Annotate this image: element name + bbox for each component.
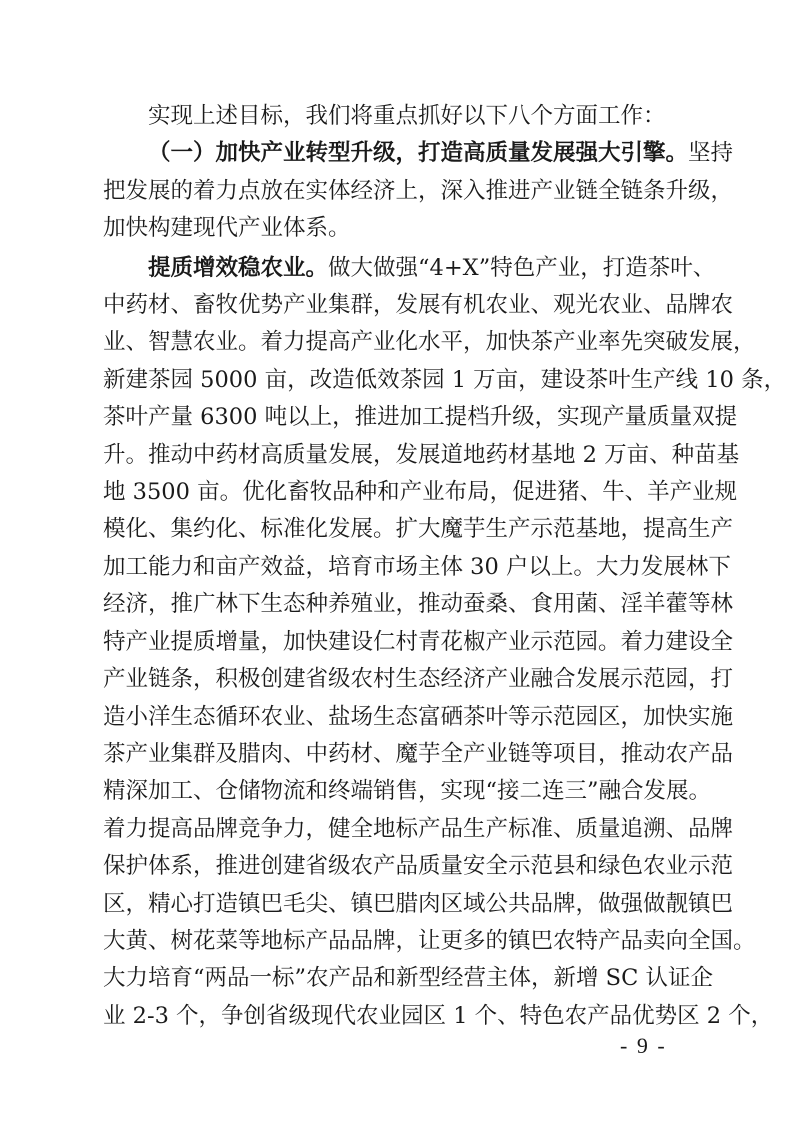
body-line: 精深加工、仓储物流和终端销售，实现“接二连三”融合发展。 — [103, 773, 703, 810]
body-line: 中药材、畜牧优势产业集群，发展有机农业、观光农业、品牌农 — [103, 287, 703, 324]
section1-text: 坚持 — [688, 140, 733, 166]
body-line: 加工能力和亩产效益，培育市场主体 30 户以上。大力发展林下 — [103, 549, 703, 586]
body-line: 模化、集约化、标准化发展。扩大魔芋生产示范基地，提高生产 — [103, 511, 703, 548]
body-line: 保护体系，推进创建省级农产品质量安全示范县和绿色农业示范 — [103, 848, 703, 885]
body-line: 升。推动中药材高质量发展，发展道地药材基地 2 万亩、种苗基 — [103, 437, 703, 474]
section2-text: 做大做强“4+X”特色产业，打造茶叶、 — [328, 255, 715, 281]
body-line: 茶叶产量 6300 吨以上，推进加工提档升级，实现产量质量双提 — [103, 399, 703, 436]
body-line: 业 2-3 个，争创省级现代农业园区 1 个、特色农产品优势区 2 个， — [103, 998, 703, 1035]
body-line: 把发展的着力点放在实体经济上，深入推进产业链全链条升级， — [103, 173, 703, 210]
section1-heading: （一）加快产业转型升级，打造高质量发展强大引擎。 — [148, 140, 688, 166]
body-line: 造小洋生态循环农业、盐场生态富硒茶叶等示范园区，加快实施 — [103, 699, 703, 736]
body-line: 特产业提质增量，加快建设仁村青花椒产业示范园。着力建设全 — [103, 624, 703, 661]
body-line: 大黄、树花菜等地标产品品牌，让更多的镇巴农特产品卖向全国。 — [103, 923, 703, 960]
body-line: 产业链条，积极创建省级农村生态经济产业融合发展示范园，打 — [103, 661, 703, 698]
body-line: 经济，推广林下生态种养殖业，推动蚕桑、食用菌、淫羊藿等林 — [103, 586, 703, 623]
body-line: 茶产业集群及腊肉、中药材、魔芋全产业链等项目，推动农产品 — [103, 736, 703, 773]
document-page: 实现上述目标，我们将重点抓好以下八个方面工作： （一）加快产业转型升级，打造高质… — [103, 98, 703, 1035]
body-line: 着力提高品牌竞争力，健全地标产品生产标准、质量追溯、品牌 — [103, 811, 703, 848]
section1-first-line: （一）加快产业转型升级，打造高质量发展强大引擎。坚持 — [103, 135, 703, 172]
intro-line: 实现上述目标，我们将重点抓好以下八个方面工作： — [103, 98, 703, 135]
body-line: 业、智慧农业。着力提高产业化水平，加快茶产业率先突破发展， — [103, 324, 703, 361]
body-line: 地 3500 亩。优化畜牧品种和产业布局，促进猪、牛、羊产业规 — [103, 474, 703, 511]
body-line: 加快构建现代产业体系。 — [103, 210, 703, 247]
body-line: 区，精心打造镇巴毛尖、镇巴腊肉区域公共品牌，做强做靓镇巴 — [103, 886, 703, 923]
body-line: 新建茶园 5000 亩，改造低效茶园 1 万亩，建设茶叶生产线 10 条， — [103, 362, 703, 399]
section2-heading: 提质增效稳农业。 — [148, 255, 328, 281]
body-line: 大力培育“两品一标”农产品和新型经营主体，新增 SC 认证企 — [103, 960, 703, 997]
page-number: - 9 - — [620, 1033, 667, 1059]
section2-first-line: 提质增效稳农业。做大做强“4+X”特色产业，打造茶叶、 — [103, 250, 703, 287]
